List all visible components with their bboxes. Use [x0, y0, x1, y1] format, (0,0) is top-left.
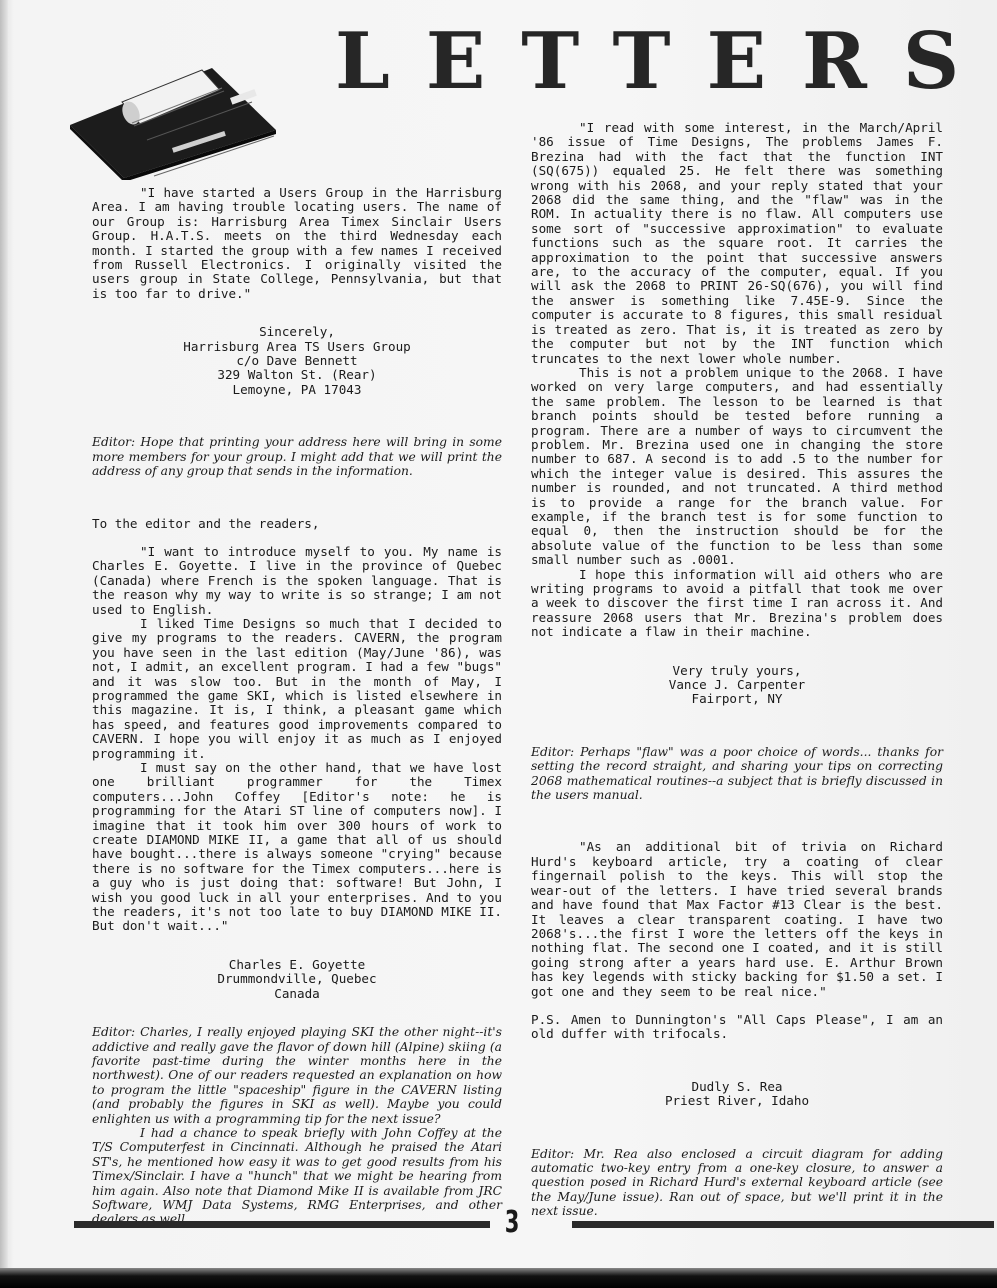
letter-rea-postscript: P.S. Amen to Dunnington's "All Caps Plea… — [531, 1013, 943, 1042]
letter-carpenter-paragraph: I hope this information will aid others … — [531, 568, 943, 640]
page-edge-shadow — [0, 1268, 997, 1288]
editor-reply-goyette: I had a chance to speak briefly with Joh… — [92, 1126, 502, 1227]
magazine-page: LETTERS "I have started a Users Group in… — [0, 0, 997, 1288]
letter-carpenter-paragraph: "I read with some interest, in the March… — [531, 121, 943, 366]
letter-goyette-paragraph: I must say on the other hand, that we ha… — [92, 761, 502, 934]
letter-rea-body: "As an additional bit of trivia on Richa… — [531, 840, 943, 998]
letter-goyette-salutation: To the editor and the readers, — [92, 517, 502, 531]
editor-reply-rea: Editor: Mr. Rea also enclosed a circuit … — [531, 1147, 943, 1219]
editor-reply-goyette: Editor: Charles, I really enjoyed playin… — [92, 1025, 502, 1126]
footer-rule-left — [74, 1221, 490, 1228]
footer-rule-right — [572, 1221, 994, 1228]
letter-harrisburg-body: "I have started a Users Group in the Har… — [92, 186, 502, 301]
right-column: "I read with some interest, in the March… — [531, 121, 943, 1219]
left-column: "I have started a Users Group in the Har… — [92, 186, 502, 1227]
letter-goyette-signature: Charles E. Goyette Drummondville, Quebec… — [92, 958, 502, 1001]
thermal-printer-icon — [62, 30, 282, 180]
editor-reply-carpenter: Editor: Perhaps "flaw" was a poor choice… — [531, 745, 943, 803]
letter-carpenter-signature: Very truly yours, Vance J. Carpenter Fai… — [531, 664, 943, 707]
letter-rea-signature: Dudly S. Rea Priest River, Idaho — [531, 1080, 943, 1109]
page-spine-shadow — [0, 0, 8, 1288]
editor-reply-harrisburg: Editor: Hope that printing your address … — [92, 435, 502, 478]
letter-carpenter-paragraph: This is not a problem unique to the 2068… — [531, 366, 943, 568]
letter-goyette-paragraph: I liked Time Designs so much that I deci… — [92, 617, 502, 761]
page-title: LETTERS — [335, 22, 895, 102]
letter-harrisburg-signature: Sincerely, Harrisburg Area TS Users Grou… — [92, 325, 502, 397]
letter-goyette-paragraph: "I want to introduce myself to you. My n… — [92, 545, 502, 617]
page-number: 3 — [504, 1206, 521, 1240]
